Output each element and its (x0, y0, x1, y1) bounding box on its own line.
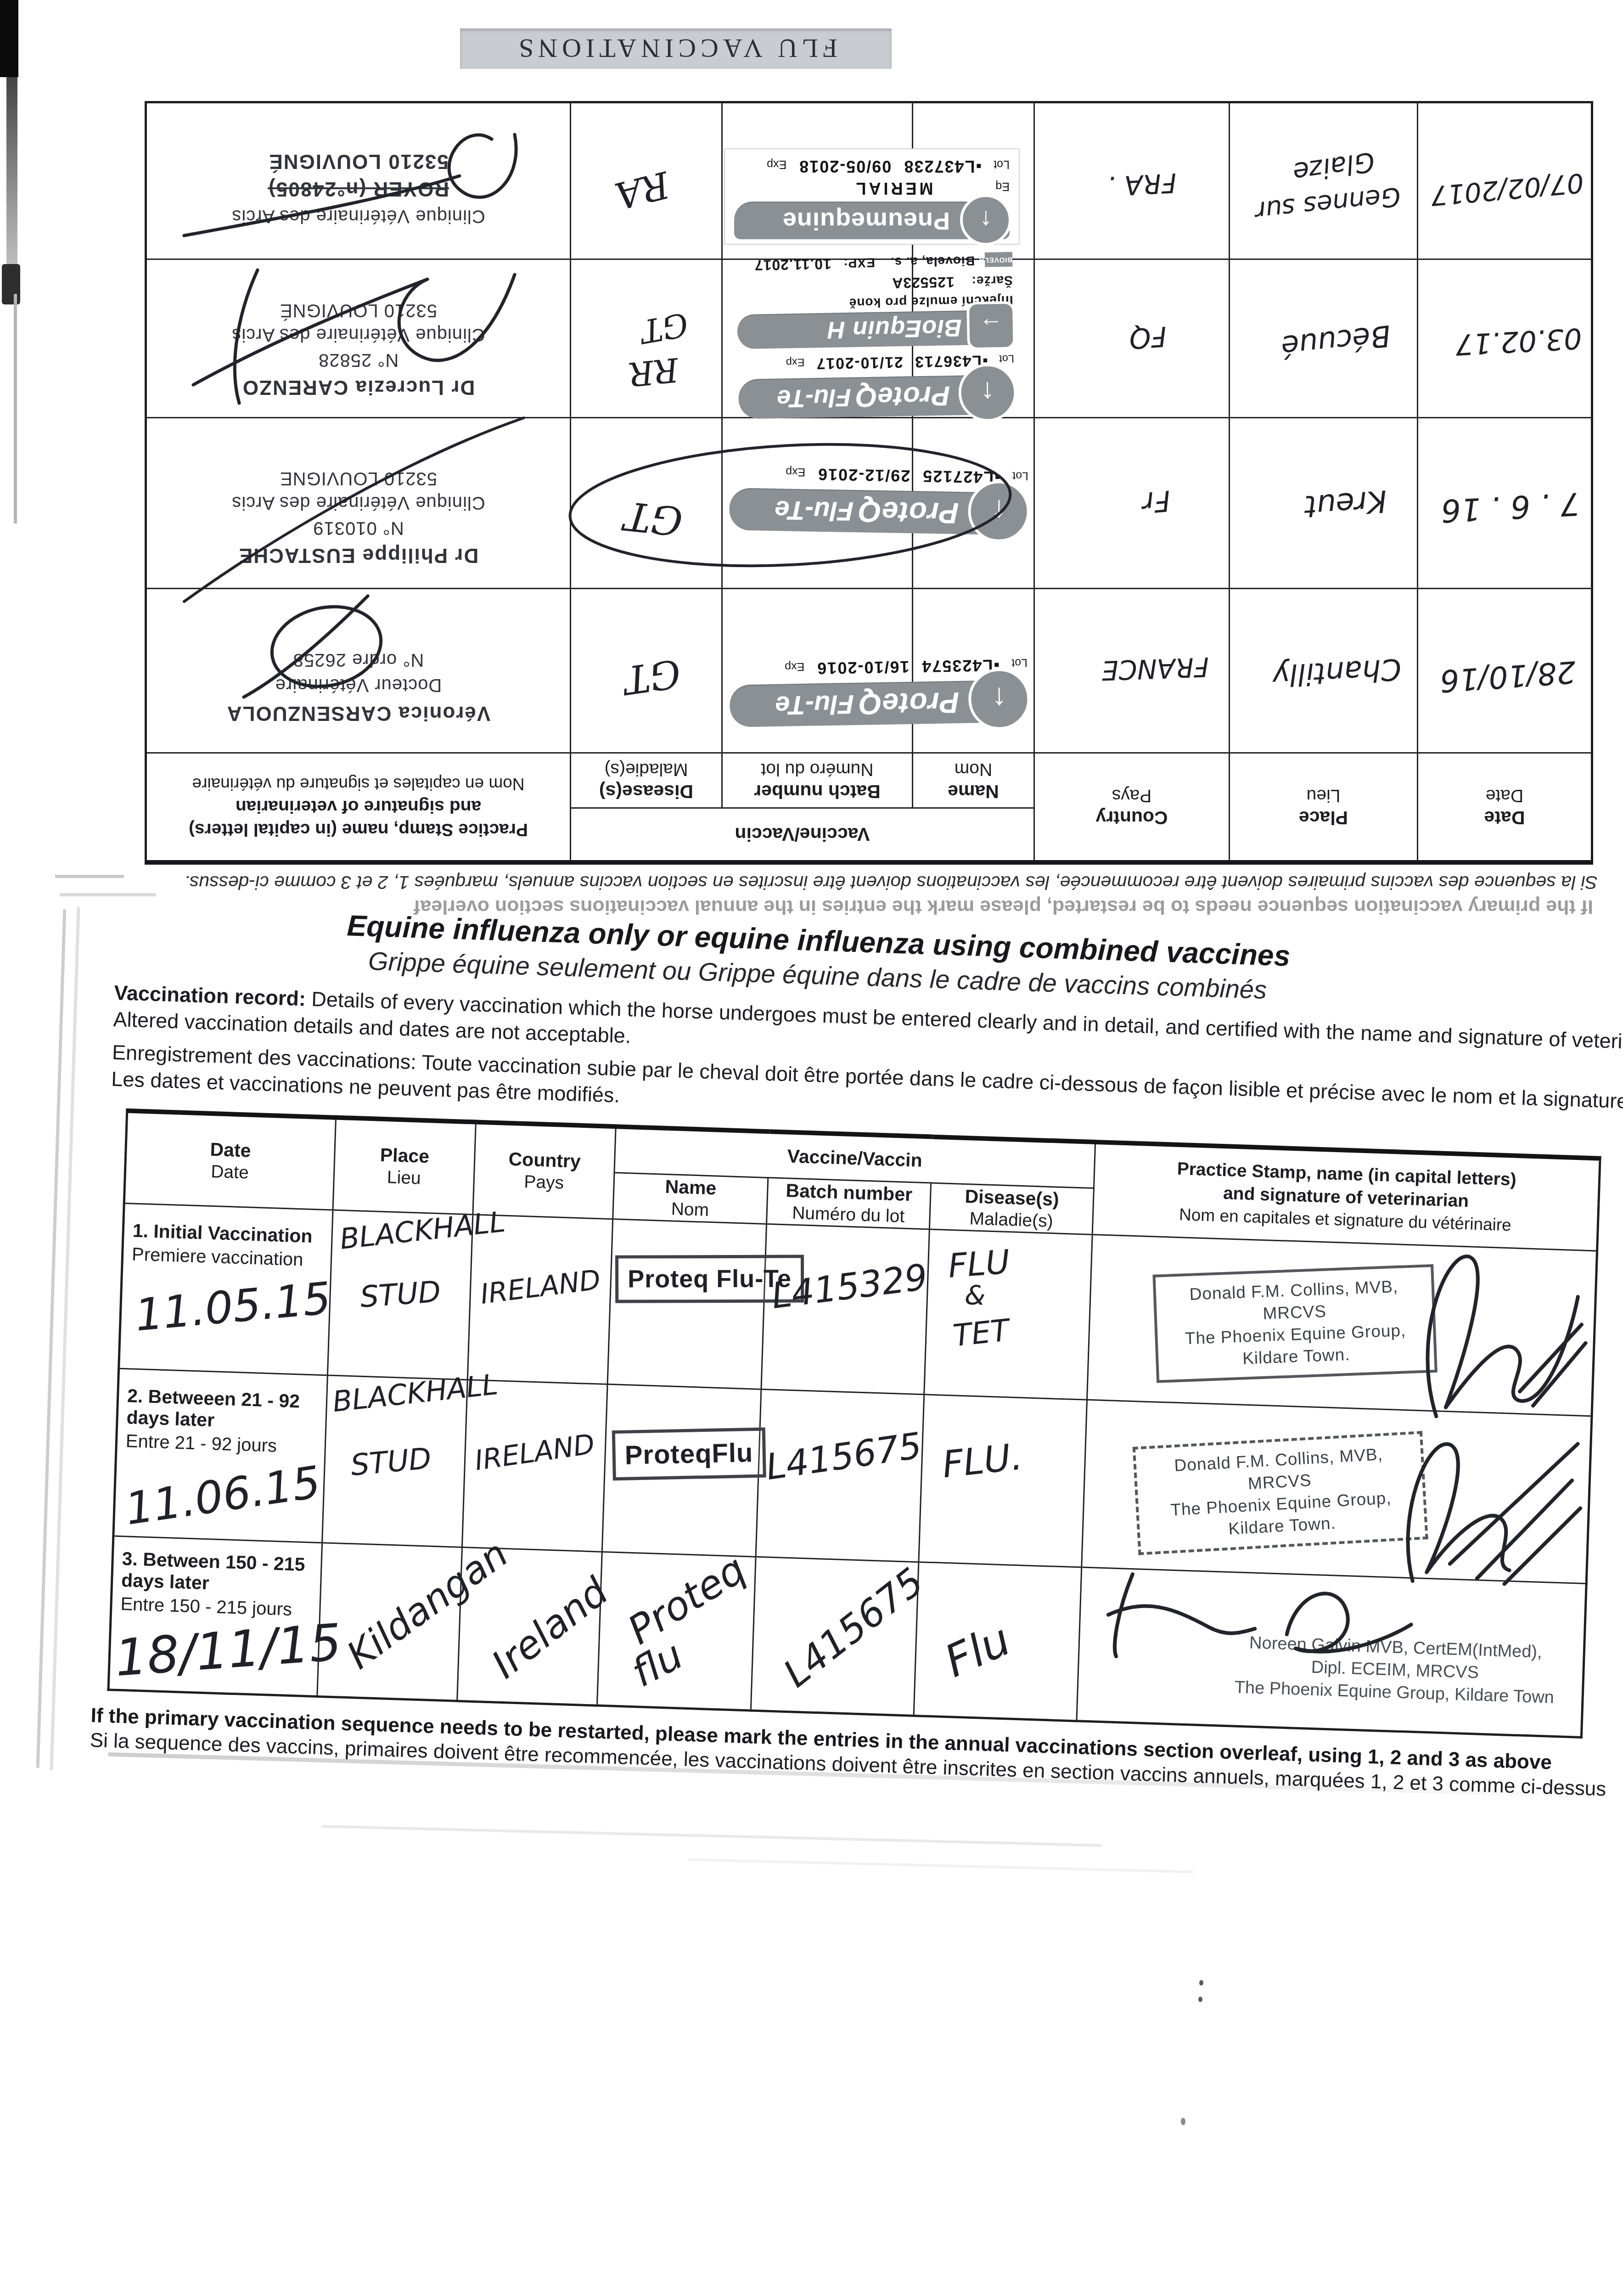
scan-artifact-blob (2, 264, 20, 304)
header-stamp-en: Practice Stamp, name (in capital letters… (147, 818, 570, 841)
handwritten-batch: L415675 (755, 1381, 927, 1487)
col-header-name: Name Nom (613, 1172, 768, 1224)
scan-streak (321, 1825, 1102, 1847)
cell-stamp: Clinique Vétérinaire des Arcis ROYER (n°… (146, 102, 571, 259)
vaccine-name-stamp: ProteqFlu (612, 1427, 766, 1480)
cell-stamp: Dr Philippe EUSTACHE N° 010319 Clinique … (146, 418, 571, 589)
scanned-vaccination-record-page: { "colors": {"sticker_grey":"#8a9094","b… (0, 0, 1623, 2296)
handwritten-country: Fr (1031, 481, 1232, 596)
header-name-fr: Nom (913, 758, 1033, 780)
cell-disease: RA (571, 102, 722, 259)
signature (175, 112, 542, 250)
header-batch-fr: Numéro du lot (723, 758, 912, 780)
fold-note-fr-flipped: Si la sequence des vaccins primaires doi… (138, 872, 1598, 893)
col-header-place: Place Lieu (1230, 753, 1418, 862)
cell-date: 03.02.17 (1418, 259, 1592, 418)
cell-batch: L415675 (756, 1389, 924, 1562)
cell-place: BLACKHALL STUD (327, 1210, 472, 1380)
handwritten-date: 28/10/16 (1415, 655, 1594, 758)
col-header-date: Date Date (1418, 753, 1592, 862)
handwritten-date: 11.06.15 (112, 1440, 326, 1533)
header-vaccine: Vaccine/Vaccin (571, 823, 1033, 846)
header-place-en: Place (1230, 806, 1417, 829)
col-header-vaccine: Vaccine/Vaccin (571, 808, 1034, 862)
cell-disease: RR GT (571, 259, 722, 418)
cell-country: FQ (1034, 259, 1230, 418)
cell-batch: L415329 (761, 1224, 929, 1394)
fold-shadow (60, 893, 156, 896)
header-disease-fr: Maladie(s) (571, 758, 721, 780)
scan-artifact-edge (6, 77, 17, 293)
primary-row-3: 3. Between 150 - 215 days later Entre 15… (108, 1536, 1586, 1737)
cell-name: ↑ ProteQ Flu-Te Lot ▪L436713 21/10-2017 … (913, 259, 1034, 418)
banner-label: FLU VACCINATIONS (514, 34, 837, 64)
header-country-fr: Pays (474, 1170, 613, 1196)
cell-place: Kreut (1230, 418, 1418, 589)
eq-label: Eq (995, 180, 1010, 193)
ink-speck (1198, 1997, 1202, 2002)
handwritten-place: Kreut (1227, 483, 1420, 594)
cell-name: Proteq flu (597, 1552, 756, 1711)
handwritten-disease: GT (567, 490, 726, 596)
arrow-icon: ↑ (968, 668, 1030, 731)
handwritten-date: 03.02.17 (1416, 323, 1593, 422)
lot-label: Lot (1011, 656, 1028, 670)
handwritten-disease: RA (563, 155, 730, 276)
col-header-stamp: Practice Stamp, name (in capital letters… (146, 753, 571, 862)
vaccination-record-label: Vaccination record: (114, 981, 306, 1010)
handwritten-disease: GT (565, 649, 727, 763)
handwritten-country: FRA . (1033, 166, 1230, 264)
handwritten-disease: FLU (928, 1227, 1092, 1285)
header-stamp-en2: and signature of veterinarian (147, 795, 570, 818)
cell-country: FRA . (1034, 102, 1230, 259)
col-header-place: Place Lieu (333, 1118, 476, 1215)
flu-vaccinations-banner: FLU VACCINATIONS (460, 28, 892, 69)
handwritten-disease: FLU. (920, 1389, 1089, 1486)
row-label-en: 3. Between 150 - 215 days later (113, 1536, 322, 1597)
page-edge-shadow (50, 907, 80, 1770)
cell-name: ↑ Pneumequine Eq MERIAL Lot ▪L437238 09/… (913, 102, 1034, 259)
header-name-en: Name (913, 780, 1033, 803)
header-vaccine: Vaccine/Vaccin (615, 1139, 1094, 1177)
cell-disease: FLU & TET (924, 1229, 1092, 1399)
cell-date: 07/02/2017 (1418, 102, 1592, 259)
handwritten-country: IRELAND (467, 1209, 615, 1310)
cell-stamp: Donald F.M. Collins, MVB, MRCVS The Phoe… (1082, 1400, 1592, 1583)
handwritten-batch: L415329 (762, 1217, 932, 1316)
handwritten-place: Chantilly (1228, 653, 1419, 757)
cell-name: ProteqFlu (602, 1384, 761, 1557)
lot-label: Lot (999, 352, 1014, 365)
cell-name: Proteq Flu-Te (607, 1219, 766, 1389)
handwritten-date: 07/02/2017 (1415, 169, 1594, 266)
cell-place: Kildangan (317, 1542, 462, 1701)
scan-streak (689, 1858, 1194, 1874)
cell-batch (722, 589, 913, 753)
cell-country: FRANCE (1034, 589, 1230, 753)
cell-date: 7 . 6 . 16 (1418, 418, 1592, 589)
cell-date: 28/10/16 (1418, 589, 1592, 753)
cell-disease: Flu (914, 1562, 1082, 1721)
signature (1088, 1554, 1422, 1675)
lot-label: Lot (994, 158, 1010, 171)
header-stamp-fr: Nom en capitales et signature du vétérin… (147, 773, 570, 795)
cell-country: Ireland (457, 1547, 602, 1705)
scan-artifact-corner (0, 0, 18, 77)
handwritten-country: IRELAND (461, 1373, 611, 1476)
header-country-fr: Pays (1035, 784, 1229, 806)
cell-stamp: Dr Lucrezia CARENZO N° 25828 Clinique Vé… (146, 259, 571, 418)
primary-table: Date Date Place Lieu Country Pays Vaccin… (107, 1109, 1601, 1739)
col-header-country: Country Pays (473, 1122, 616, 1219)
arrow-icon: ↑ (958, 364, 1017, 422)
page-edge-shadow (36, 909, 67, 1767)
bio-batch-label: Šarže: (971, 273, 1013, 288)
cell-stamp: Donald F.M. Collins, MVB, MRCVS The Phoe… (1087, 1234, 1597, 1416)
header-place-fr: Lieu (1230, 784, 1417, 806)
signature (1381, 1235, 1589, 1425)
cell-country: IRELAND (467, 1214, 612, 1384)
cell-place: Bécuué (1230, 259, 1418, 418)
cell-place: Gennes sur Glaize (1230, 102, 1418, 259)
handwritten-place-2: STUD (329, 1242, 472, 1315)
header-date-fr: Date (1418, 784, 1591, 806)
primary-vaccination-section: Equine influenza only or equine influenz… (90, 901, 1623, 1801)
handwritten-date: 18/11/15 (109, 1610, 320, 1685)
signature (175, 414, 542, 607)
handwritten-date: 11.05.15 (120, 1259, 331, 1340)
col-header-disease: Disease(s) Maladie(s) (571, 753, 722, 808)
cell-place: Chantilly (1230, 589, 1418, 753)
handwritten-date: 7 . 6 . 16 (1416, 486, 1594, 592)
header-date-en: Date (1418, 806, 1591, 829)
cell-disease: FLU. (919, 1394, 1087, 1567)
cell-stamp: Véronica CARSENZUOLA Docteur Vétérinaire… (146, 589, 571, 753)
annual-table: Date Date Place Lieu Country Pays Vaccin… (145, 101, 1593, 865)
cell-name: ↑ ProteQ Flu-Te Lot ▪L423574 16/10-2016 … (913, 589, 1034, 753)
cell-country: IRELAND (462, 1379, 607, 1552)
ink-speck (1199, 1980, 1203, 1986)
lot-number: ▪L437238 (903, 157, 982, 176)
col-header-stamp: Practice Stamp, name (in capital letters… (1092, 1142, 1600, 1250)
col-header-name: Name Nom (913, 753, 1034, 808)
signature (184, 261, 533, 413)
arrow-icon: ↑ (960, 195, 1011, 246)
col-header-batch: Batch number Numéro du lot (722, 753, 913, 808)
row-label-en: 2. Betweeen 21 - 92 days later (118, 1369, 327, 1434)
stamp-line: Véronica CARSENZUOLA (147, 702, 570, 725)
handwritten-place: Bécuué (1226, 317, 1421, 427)
header-place-fr: Lieu (334, 1165, 473, 1192)
cell-batch (722, 418, 913, 589)
cell-country: Fr (1034, 418, 1230, 589)
col-header-disease: Disease(s) Maladie(s) (929, 1183, 1094, 1234)
row-label-en: 1. Initial Vaccination (124, 1204, 332, 1248)
annual-row-3: 03.02.17 Bécuué FQ ↑ ProteQ Flu-Te Lot ▪… (146, 259, 1592, 418)
handwritten-country: FRANCE (1033, 652, 1230, 755)
annual-row-2: 7 . 6 . 16 Kreut Fr ↑ ProteQ Flu-Te Lot … (146, 418, 1592, 589)
cell-stamp: Noreen Galvin MVB, CertEM(IntMed), Dipl.… (1077, 1567, 1586, 1737)
scan-artifact-line (14, 294, 17, 523)
annual-row-1: 28/10/16 Chantilly FRANCE ↑ ProteQ Flu-T… (146, 589, 1592, 753)
col-header-date: Date Date (124, 1111, 336, 1210)
cell-row-label-date: 1. Initial Vaccination Premiere vaccinat… (119, 1203, 333, 1375)
arrow-icon: → (966, 301, 1016, 350)
cell-row-label-date: 3. Between 150 - 215 days later Entre 15… (108, 1536, 322, 1696)
col-header-country: Country Pays (1034, 753, 1230, 862)
ink-speck (1181, 2118, 1185, 2125)
handwritten-country: FQ (1032, 317, 1231, 424)
annual-header-row: Date Date Place Lieu Country Pays Vaccin… (146, 808, 1592, 862)
annual-vaccinations-table-flipped: Date Date Place Lieu Country Pays Vaccin… (147, 105, 1593, 865)
cell-batch (722, 259, 913, 418)
cell-disease: GT (571, 418, 722, 589)
header-name-fr: Nom (613, 1196, 766, 1223)
annual-row-4: 07/02/2017 Gennes sur Glaize FRA . ↑ Pne… (146, 102, 1592, 259)
fold-shadow (55, 875, 124, 878)
header-country-en: Country (1035, 806, 1229, 829)
handwritten-place-2: STUD (323, 1404, 467, 1484)
cell-batch: L415675 (751, 1557, 919, 1716)
cell-disease: GT (571, 589, 722, 753)
cell-name: ↑ ProteQ Flu-Te Lot ▪L427125 29/12-2016 … (913, 418, 1034, 589)
cell-place: BLACKHALL STUD (322, 1375, 468, 1547)
cell-batch (722, 102, 913, 259)
header-batch-en: Batch number (723, 780, 912, 803)
header-disease-en: Disease(s) (571, 780, 721, 803)
cell-row-label-date: 2. Betweeen 21 - 92 days later Entre 21 … (113, 1368, 328, 1542)
